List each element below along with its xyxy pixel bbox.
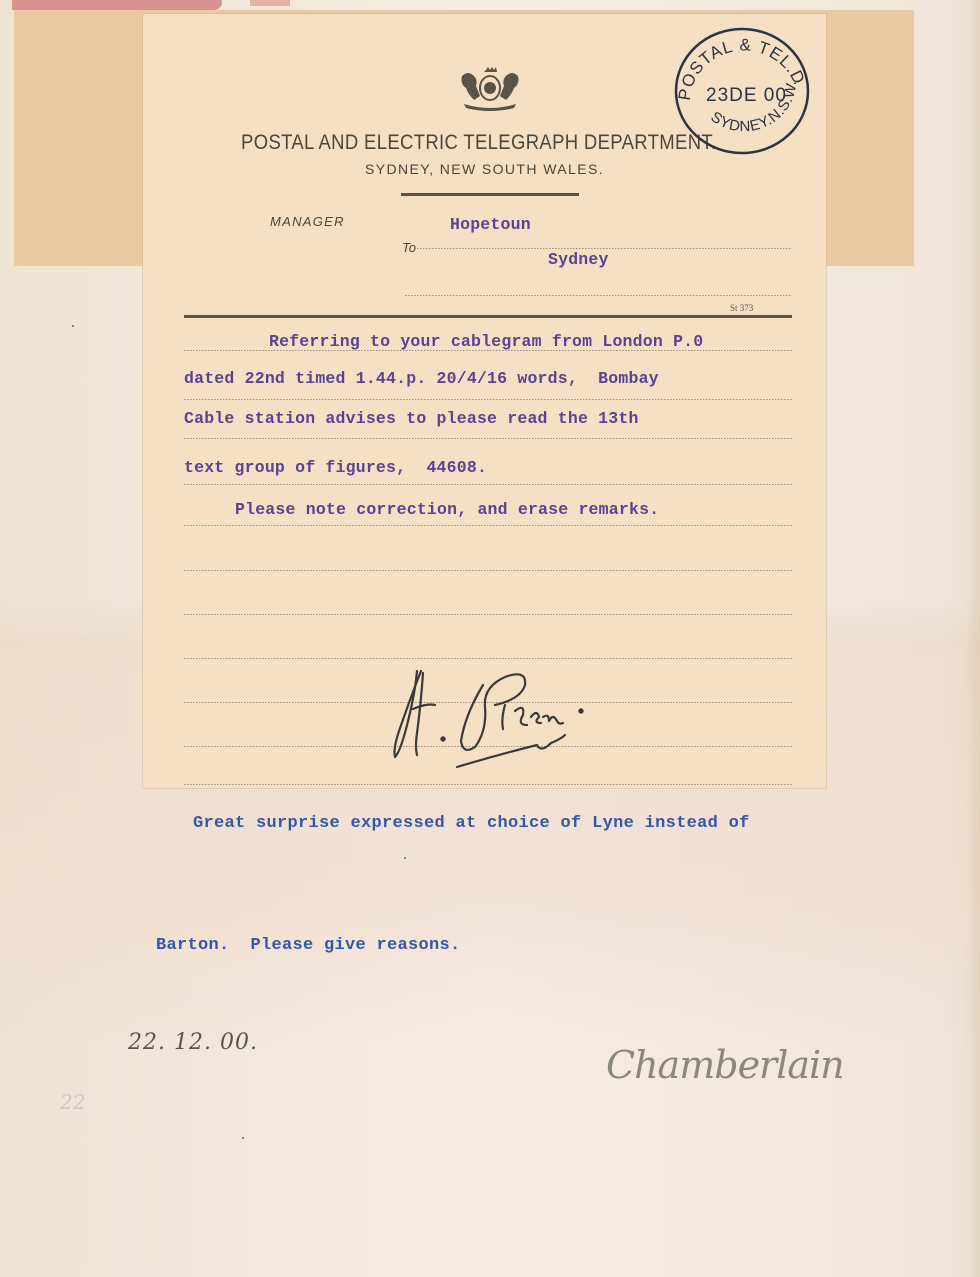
message-line-3: Cable station advises to please read the… [184, 409, 639, 428]
paper-speck [72, 325, 74, 327]
form-number: St 373 [730, 303, 753, 313]
ruled-line [184, 399, 792, 400]
chamberlain-signature: Chamberlain [602, 1032, 867, 1092]
to-label: To [402, 240, 416, 255]
message-line-5: Please note correction, and erase remark… [235, 500, 659, 519]
department-subtitle: SYDNEY, NEW SOUTH WALES. [143, 161, 826, 177]
chamberlain-signature-text: Chamberlain [606, 1043, 844, 1087]
heavy-divider-rule [184, 315, 792, 318]
address-line-2 [405, 295, 791, 296]
addressee-line [417, 248, 791, 249]
page-edge-shadow [966, 0, 980, 1277]
message-line-4: text group of figures, 44608. [184, 458, 487, 477]
faint-pencil-mark: 22 [60, 1090, 85, 1114]
handwritten-date: 22. 12. 00. [128, 1030, 258, 1055]
ruled-line [184, 525, 792, 526]
addressee-name: Hopetoun [450, 215, 531, 234]
pink-paper-strip [12, 0, 222, 10]
manager-label: MANAGER [270, 214, 345, 229]
ruled-line [184, 438, 792, 439]
postmark-stamp: POSTAL & TEL.DEP. 23DE 00 SYDNEY.N.S.W. [670, 23, 814, 159]
ruled-line [184, 484, 792, 485]
pink-paper-fragment [250, 0, 290, 6]
ruled-line [184, 614, 792, 615]
postmark-date: 23DE 00 [706, 85, 787, 106]
message-line-2: dated 22nd timed 1.44.p. 20/4/16 words, … [184, 369, 659, 388]
transcript-line-1: Great surprise expressed at choice of Ly… [193, 814, 750, 833]
ruled-line [184, 350, 792, 351]
royal-coat-of-arms-icon [456, 66, 524, 112]
paper-speck [242, 1137, 244, 1139]
ruled-line [184, 784, 792, 785]
telegram-form: POSTAL AND ELECTRIC TELEGRAPH DEPARTMENT… [143, 14, 826, 788]
transcript-line-2: Barton. Please give reasons. [156, 936, 461, 955]
header-rule [401, 193, 579, 196]
addressee-city: Sydney [548, 250, 609, 269]
handwritten-signature [383, 659, 663, 779]
ruled-line [184, 570, 792, 571]
message-line-1: Referring to your cablegram from London … [269, 332, 703, 351]
paper-speck [404, 857, 406, 859]
